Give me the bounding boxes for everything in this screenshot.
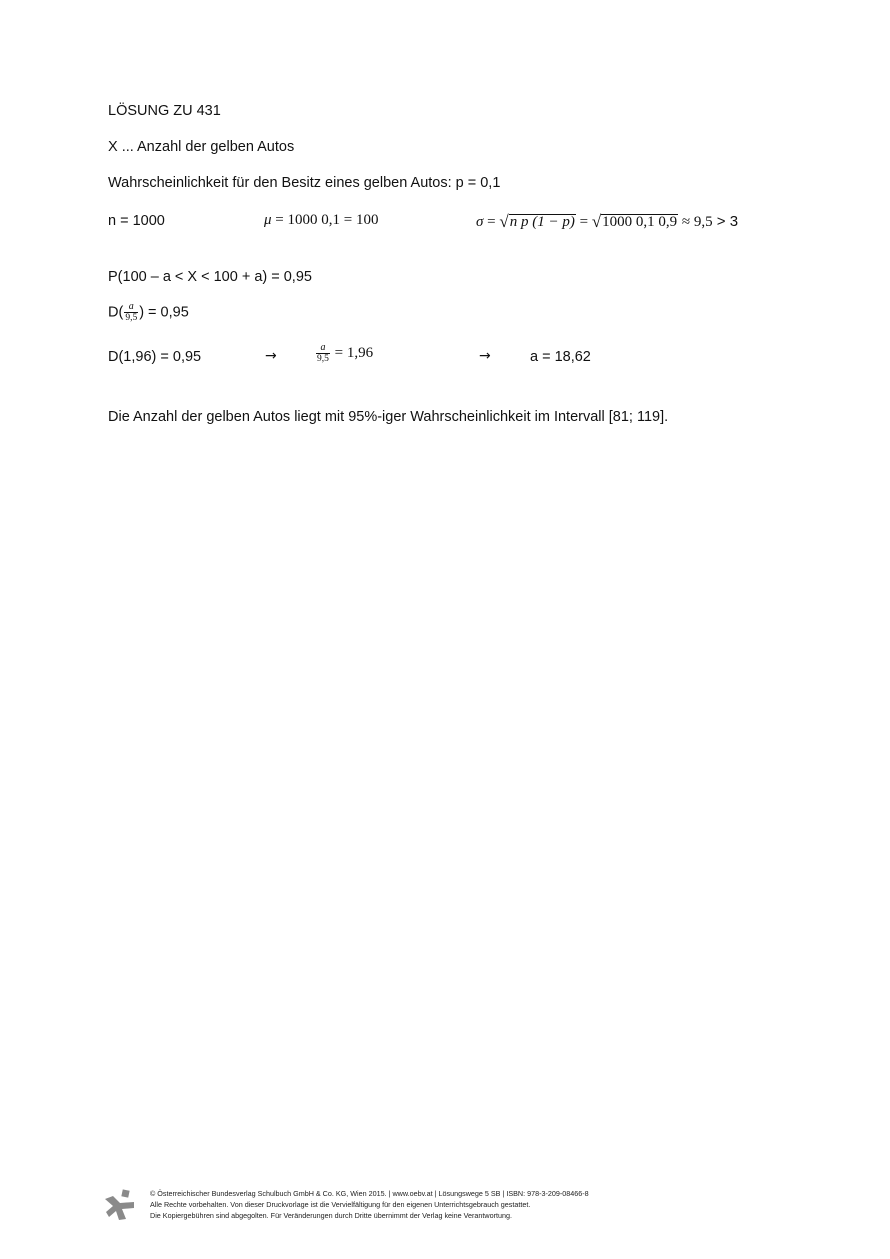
fraction-numerator: a [128, 302, 135, 312]
fraction-denominator: 9,5 [316, 353, 330, 365]
footer-line-2: Alle Rechte vorbehalten. Von dieser Druc… [150, 1199, 589, 1210]
sqrt-symbolic: √n p (1 − p) [499, 211, 575, 231]
fraction-numerator: a [319, 343, 326, 353]
sigma-compare: > 3 [713, 213, 738, 230]
footer-line-3: Die Kopiergebühren sind abgegolten. Für … [150, 1210, 589, 1221]
radicand-numeric: 1000 0,1 0,9 [601, 214, 678, 230]
fraction: a9,5 [124, 302, 138, 324]
a-result: a = 18,62 [530, 349, 591, 365]
oebv-logo-icon [104, 1189, 136, 1221]
fraction-rhs: = 1,96 [331, 345, 373, 361]
footer-line-1: © Österreichischer Bundesverlag Schulbuc… [150, 1188, 589, 1199]
d-suffix: ) = 0,95 [139, 305, 189, 321]
interval-equation: P(100 – a < X < 100 + a) = 0,95 [108, 269, 312, 285]
d-equation: D(a9,5) = 0,95 [108, 302, 189, 324]
variable-definition: X ... Anzahl der gelben Autos [108, 139, 294, 155]
fraction: a9,5 [316, 343, 330, 365]
n-value: n = 1000 [108, 213, 165, 229]
radicand-symbolic: n p (1 − p) [509, 214, 576, 230]
mu-expression: = 1000 0,1 = 100 [272, 212, 379, 228]
sigma-equation: σ = √n p (1 − p) = √1000 0,1 0,9 ≈ 9,5 >… [476, 211, 738, 231]
d-inverse-equation: D(1,96) = 0,95 [108, 349, 201, 365]
page-title: LÖSUNG ZU 431 [108, 103, 221, 119]
equals-sign: = [576, 214, 592, 230]
mu-equation: μ = 1000 0,1 = 100 [264, 212, 378, 229]
equals-sign: = [483, 214, 499, 230]
arrow-right-icon: → [265, 348, 277, 364]
sigma-result: ≈ 9,5 [678, 214, 712, 230]
radical-icon: √ [592, 212, 601, 231]
sqrt-numeric: √1000 0,1 0,9 [592, 211, 678, 231]
fraction-equation: a9,5 = 1,96 [315, 343, 373, 365]
conclusion: Die Anzahl der gelben Autos liegt mit 95… [108, 409, 668, 425]
arrow-right-icon: → [479, 348, 491, 364]
mu-symbol: μ [264, 212, 272, 228]
probability-line: Wahrscheinlichkeit für den Besitz eines … [108, 175, 500, 191]
footer-copyright: © Österreichischer Bundesverlag Schulbuc… [150, 1188, 589, 1221]
d-prefix: D( [108, 305, 123, 321]
radical-icon: √ [499, 212, 508, 231]
fraction-denominator: 9,5 [124, 312, 138, 324]
